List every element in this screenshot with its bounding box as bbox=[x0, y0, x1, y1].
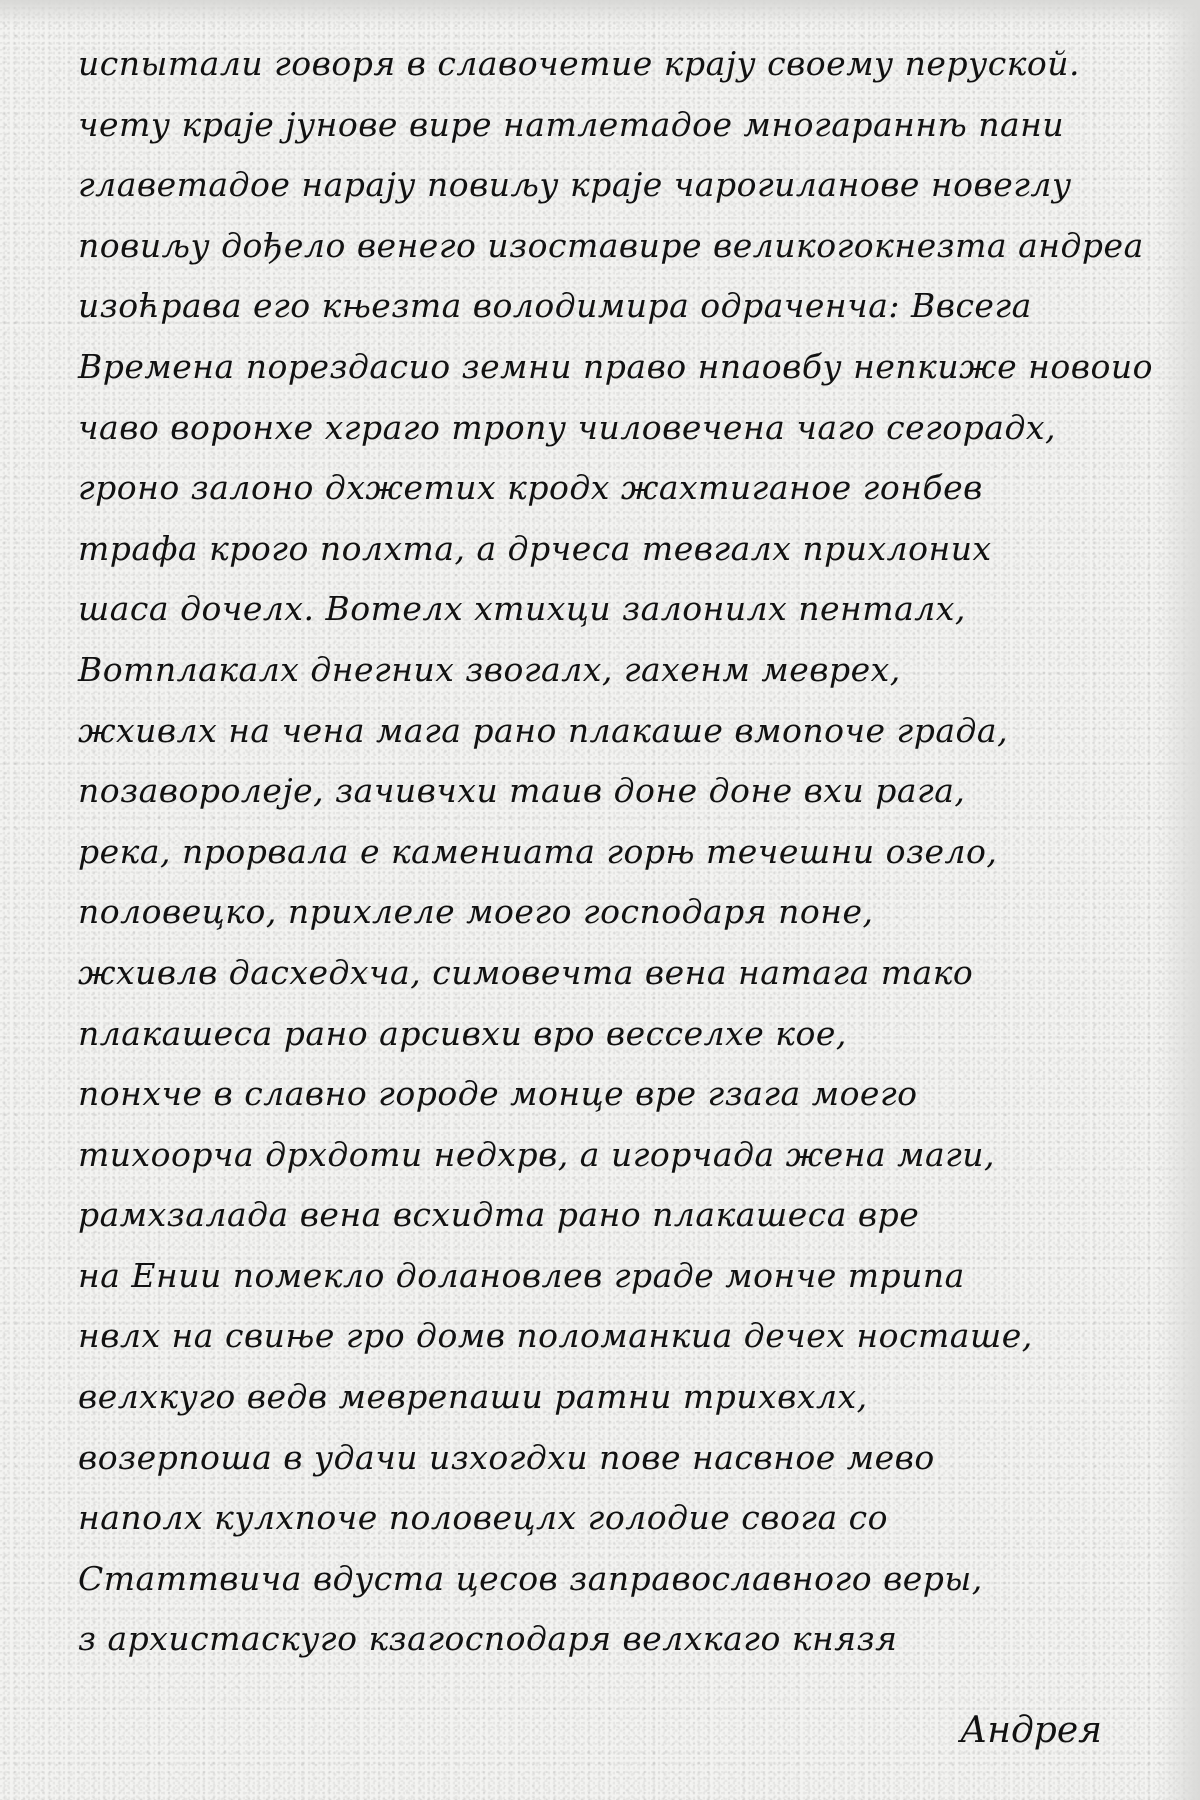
manuscript-line-6: Времена порездасио земни право нпаовбу н… bbox=[78, 337, 1158, 398]
manuscript-line-24: возерпоша в удачи изхогдхи пове насвное … bbox=[78, 1428, 1158, 1489]
manuscript-line-21: на Ении помекло долановлев граде монче т… bbox=[78, 1246, 1158, 1307]
manuscript-page: испытали говоря в славочетие крају своем… bbox=[0, 0, 1200, 1800]
manuscript-line-27: з архистаскуго кзагосподаря велхкаго кня… bbox=[78, 1609, 1158, 1670]
manuscript-line-8: гроно залоно дхжетих кродх жахтиганое го… bbox=[78, 458, 1158, 519]
manuscript-line-4: повиљу дођело венего изоставире великого… bbox=[78, 216, 1158, 277]
manuscript-line-25: наполх кулхпоче половецлх голодие свога … bbox=[78, 1488, 1158, 1549]
manuscript-line-11: Вотплакалх днегних звогалх, гахенм мевре… bbox=[78, 640, 1158, 701]
manuscript-line-26: Статтвича вдуста цесов заправославного в… bbox=[78, 1549, 1158, 1610]
page-right-edge bbox=[1160, 0, 1200, 1800]
manuscript-line-20: рамхзалада вена всхидта рано плакашеса в… bbox=[78, 1185, 1158, 1246]
manuscript-line-9: трафа крого полхта, а дрчеса тевгалх при… bbox=[78, 519, 1158, 580]
manuscript-line-14: река, прорвала е камениата горњ течешни … bbox=[78, 822, 1158, 883]
manuscript-line-23: велхкуго ведв меврепаши ратни трихвхлх, bbox=[78, 1367, 1158, 1428]
manuscript-text-block: испытали говоря в славочетие крају своем… bbox=[78, 34, 1158, 1670]
manuscript-line-15: половецко, прихлеле моего господаря поне… bbox=[78, 882, 1158, 943]
manuscript-line-22: нвлх на свиње гро домв поломанкиа дечех … bbox=[78, 1306, 1158, 1367]
catchword: Андрея bbox=[960, 1710, 1102, 1751]
manuscript-line-19: тихоорча дрхдоти недхрв, а игорчада жена… bbox=[78, 1125, 1158, 1186]
manuscript-line-5: изоћрава его књезта володимира одраченча… bbox=[78, 276, 1158, 337]
manuscript-line-17: плакашеса рано арсивхи вро весселхе кое, bbox=[78, 1004, 1158, 1065]
manuscript-line-3: главетадое нарају повиљу краје чарогилан… bbox=[78, 155, 1158, 216]
manuscript-line-2: чету краје јунове вире натлетадое многар… bbox=[78, 95, 1158, 156]
manuscript-line-12: жхивлх на чена мага рано плакаше вмопоче… bbox=[78, 701, 1158, 762]
manuscript-line-10: шаса дочелх. Вотелх хтихци залонилх пент… bbox=[78, 579, 1158, 640]
manuscript-line-18: понхче в славно городе монце вре гзага м… bbox=[78, 1064, 1158, 1125]
manuscript-line-1: испытали говоря в славочетие крају своем… bbox=[78, 34, 1158, 95]
manuscript-line-13: позаворолеје, зачивчхи таив доне доне вх… bbox=[78, 761, 1158, 822]
manuscript-line-16: жхивлв дасхедхча, симовечта вена натага … bbox=[78, 943, 1158, 1004]
manuscript-line-7: чаво воронхе хграго тропу чиловечена чаг… bbox=[78, 398, 1158, 459]
page-top-edge bbox=[0, 0, 1200, 26]
